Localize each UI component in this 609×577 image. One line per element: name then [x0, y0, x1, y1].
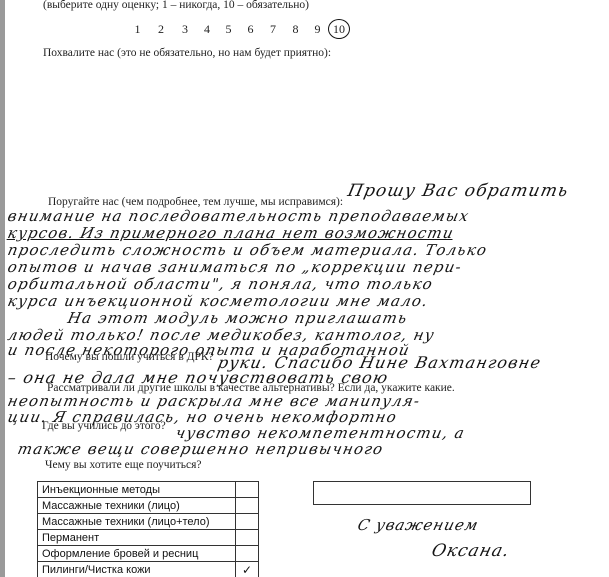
signature-name: Оксана. [430, 541, 512, 561]
question-previous: Где вы учились до этого? [42, 420, 166, 432]
rating-option-4[interactable]: 4 [196, 22, 218, 39]
rating-instruction: (выберите одну оценку; 1 – никогда, 10 –… [43, 0, 309, 11]
table-row: Оформление бровей и ресниц [38, 546, 259, 562]
method-label: Перманент [38, 530, 236, 546]
other-input-box[interactable] [313, 481, 531, 505]
method-checkbox[interactable] [236, 546, 259, 562]
rating-option-6[interactable]: 6 [239, 22, 262, 39]
method-label: Массажные техники (лицо) [38, 498, 236, 514]
handwritten-line: внимание на последовательность преподава… [6, 207, 471, 225]
handwritten-line: опытов и начав заниматься по „коррекции … [6, 258, 464, 276]
handwritten-line: курсов. Из примерного плана нет возможно… [6, 224, 456, 242]
handwritten-line: орбитальной области", я поняла, что толь… [6, 275, 435, 293]
table-row: Массажные техники (лицо) [38, 498, 259, 514]
handwritten-line: курса инъекционной косметологии мне мало… [6, 292, 430, 310]
handwritten-line: Прошу Вас обратить [346, 181, 571, 201]
method-checkbox[interactable] [236, 514, 259, 530]
method-label: Инъекционные методы [38, 482, 236, 498]
rating-option-2[interactable]: 2 [148, 22, 174, 39]
rating-option-7[interactable]: 7 [262, 22, 284, 39]
handwritten-line: также вещи совершенно непривычного [16, 440, 385, 458]
table-row: Перманент [38, 530, 259, 546]
question-want-learn: Чему вы хотите еще поучиться? [45, 459, 201, 471]
handwritten-line: проследить сложность и объем материала. … [6, 241, 489, 259]
rating-scale: 1 2 3 4 5 6 7 8 9 10 [127, 22, 350, 39]
question-praise: Похвалите нас (это не обязательно, но на… [43, 47, 331, 59]
handwritten-line: На этот модуль можно приглашать [66, 309, 409, 327]
method-label: Пилинги/Чистка кожи [38, 562, 236, 577]
method-label: Массажные техники (лицо+тело) [38, 514, 236, 530]
method-checkbox[interactable] [236, 482, 259, 498]
rating-option-10-selected[interactable]: 10 [328, 19, 350, 39]
method-label: Оформление бровей и ресниц [38, 546, 236, 562]
rating-option-3[interactable]: 3 [174, 22, 196, 39]
rating-option-8[interactable]: 8 [284, 22, 307, 39]
table-row: Пилинги/Чистка кожи ✓ [38, 562, 259, 577]
rating-option-9[interactable]: 9 [307, 22, 328, 39]
table-row: Массажные техники (лицо+тело) [38, 514, 259, 530]
methods-table: Инъекционные методы Массажные техники (л… [37, 481, 259, 577]
method-checkbox[interactable] [236, 498, 259, 514]
method-checkbox[interactable] [236, 530, 259, 546]
table-row: Инъекционные методы [38, 482, 259, 498]
signature-closing: С уважением [356, 516, 481, 534]
scan-edge [0, 0, 5, 577]
method-checkbox-checked[interactable]: ✓ [236, 562, 259, 577]
question-why-drk: Почему вы пошли учиться в ДРК? [45, 351, 214, 363]
rating-option-1[interactable]: 1 [127, 22, 148, 39]
rating-option-5[interactable]: 5 [218, 22, 239, 39]
